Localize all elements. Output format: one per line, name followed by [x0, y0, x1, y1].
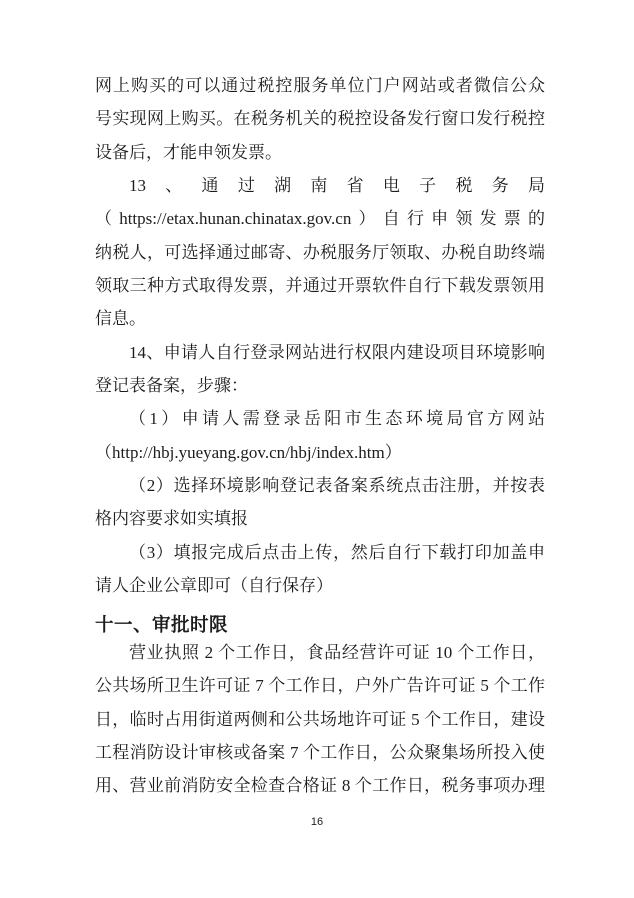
text-line: （3）填报完成后点击上传，然后自行下载打印加盖申 — [95, 536, 545, 569]
document-page: 网上购买的可以通过税控服务单位门户网站或者微信公众号实现网上购买。在税务机关的税… — [0, 0, 634, 898]
text-line: 用、营业前消防安全检查合格证 8 个工作日，税务事项办理 — [95, 769, 545, 802]
text-line: 纳税人，可选择通过邮寄、办税服务厅领取、办税自助终端 — [95, 236, 545, 269]
text-line: （http://hbj.yueyang.gov.cn/hbj/index.htm… — [95, 436, 545, 469]
text-line: 日，临时占用街道两侧和公共场地许可证 5 个工作日，建设 — [95, 703, 545, 736]
text-line: （1）申请人需登录岳阳市生态环境局官方网站 — [95, 402, 545, 435]
text-line: 14、申请人自行登录网站进行权限内建设项目环境影响 — [95, 336, 545, 369]
text-line: 请人企业公章即可（自行保存） — [95, 569, 545, 602]
text-line: （https://etax.hunan.chinatax.gov.cn）自行申领… — [95, 202, 545, 235]
text-line: 设备后，才能申领发票。 — [95, 136, 545, 169]
text-line: 营业执照 2 个工作日，食品经营许可证 10 个工作日， — [95, 636, 545, 669]
text-line: 登记表备案，步骤： — [95, 369, 545, 402]
text-block: 网上购买的可以通过税控服务单位门户网站或者微信公众号实现网上购买。在税务机关的税… — [95, 69, 545, 803]
text-line: 公共场所卫生许可证 7 个工作日，户外广告许可证 5 个工作 — [95, 669, 545, 702]
text-line: 领取三种方式取得发票，并通过开票软件自行下载发票领用 — [95, 269, 545, 302]
text-line: 格内容要求如实填报 — [95, 502, 545, 535]
page-number: 16 — [0, 816, 634, 828]
text-line: 号实现网上购买。在税务机关的税控设备发行窗口发行税控 — [95, 102, 545, 135]
section-heading: 十一、审批时限 — [95, 608, 545, 641]
text-line: 网上购买的可以通过税控服务单位门户网站或者微信公众 — [95, 69, 545, 102]
text-line: 信息。 — [95, 302, 545, 335]
text-line: 13、通过湖南省电子税务局 — [95, 169, 545, 202]
text-line: （2）选择环境影响登记表备案系统点击注册，并按表 — [95, 469, 545, 502]
text-line: 工程消防设计审核或备案 7 个工作日，公众聚集场所投入使 — [95, 736, 545, 769]
